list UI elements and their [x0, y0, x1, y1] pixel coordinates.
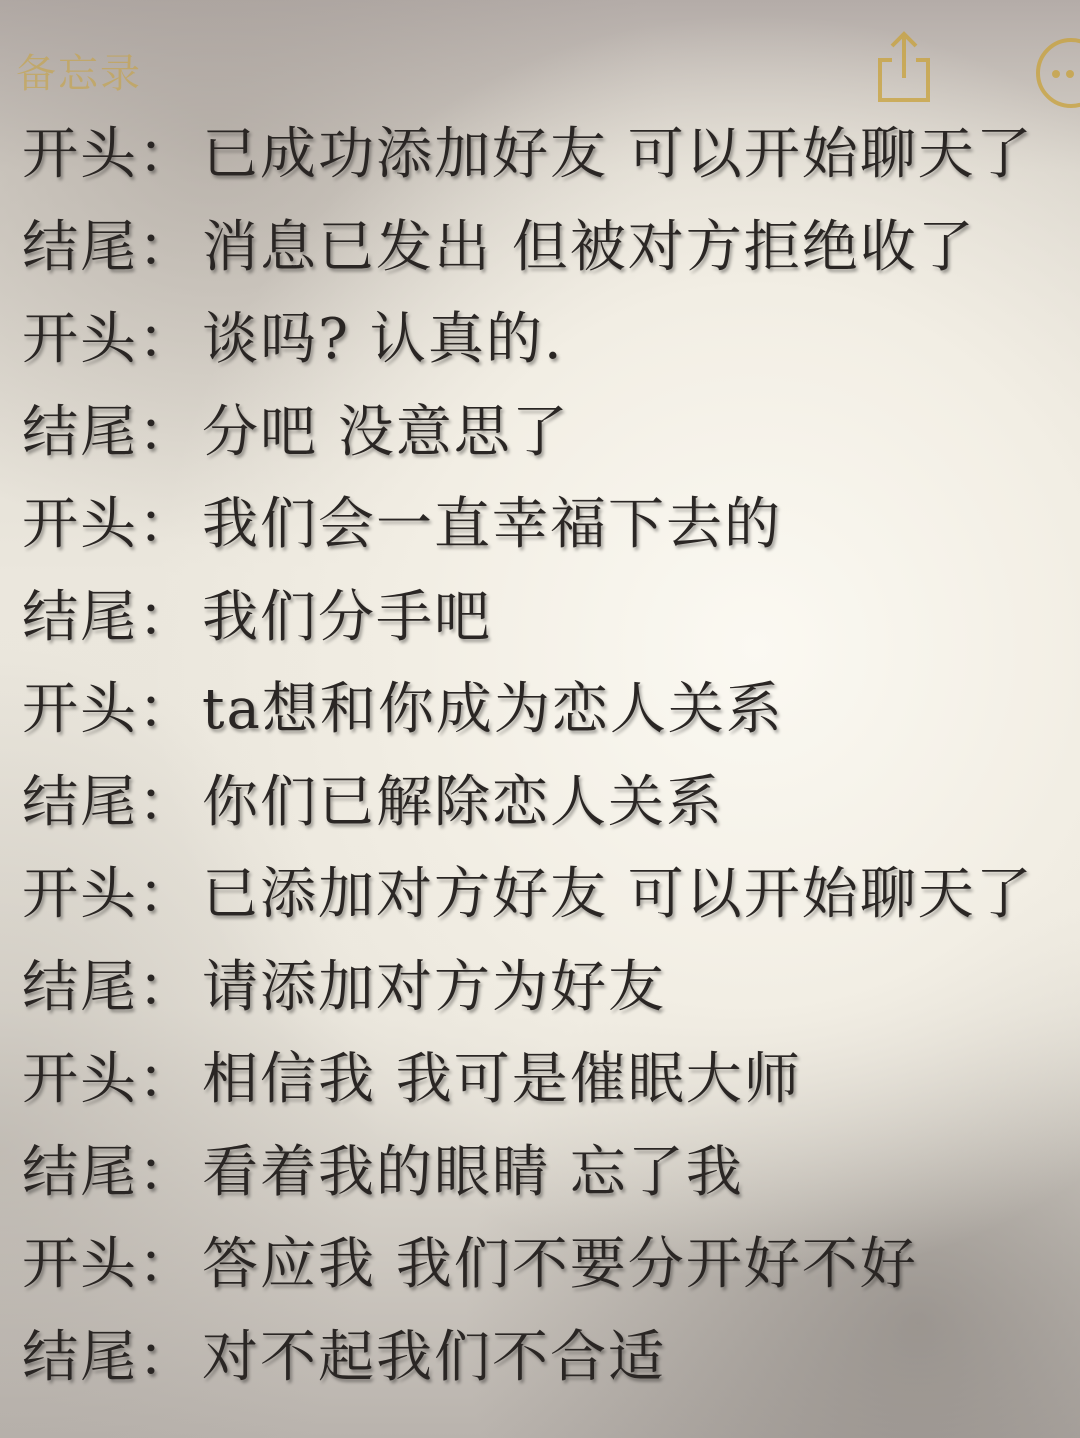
note-line: 开头：ta想和你成为恋人关系: [22, 659, 1080, 752]
share-icon: [872, 30, 936, 104]
line-label: 结尾：: [22, 388, 202, 468]
more-icon-dot: [1066, 70, 1074, 78]
line-text: ta想和你成为恋人关系: [202, 665, 784, 745]
line-label: 结尾：: [22, 203, 202, 283]
line-text: 已成功添加好友 可以开始聊天了: [202, 110, 1034, 190]
more-icon-dot: [1052, 70, 1060, 78]
note-line: 开头：相信我 我可是催眠大师: [22, 1029, 1080, 1122]
line-label: 开头：: [22, 665, 202, 745]
line-label: 开头：: [22, 110, 202, 190]
line-text: 消息已发出 但被对方拒绝收了: [202, 203, 976, 283]
share-button[interactable]: [872, 30, 936, 104]
line-text: 对不起我们不合适: [202, 1313, 666, 1393]
note-line: 开头：已成功添加好友 可以开始聊天了: [22, 104, 1080, 197]
more-button[interactable]: [1036, 38, 1080, 108]
note-line: 结尾：看着我的眼睛 忘了我: [22, 1122, 1080, 1215]
line-text: 谈吗? 认真的.: [202, 295, 564, 375]
note-line: 结尾：我们分手吧: [22, 567, 1080, 660]
line-label: 结尾：: [22, 758, 202, 838]
note-line: 结尾：请添加对方为好友: [22, 937, 1080, 1030]
line-text: 已添加对方好友 可以开始聊天了: [202, 850, 1034, 930]
line-text: 相信我 我可是催眠大师: [202, 1035, 802, 1115]
note-line: 开头：我们会一直幸福下去的: [22, 474, 1080, 567]
line-text: 答应我 我们不要分开好不好: [202, 1220, 918, 1300]
line-text: 你们已解除恋人关系: [202, 758, 724, 838]
line-text: 我们分手吧: [202, 573, 492, 653]
line-text: 分吧 没意思了: [202, 388, 570, 468]
note-line: 开头：谈吗? 认真的.: [22, 289, 1080, 382]
line-label: 开头：: [22, 1220, 202, 1300]
note-body[interactable]: 开头：已成功添加好友 可以开始聊天了 结尾：消息已发出 但被对方拒绝收了 开头：…: [22, 104, 1080, 1399]
navigation-bar: 备忘录: [0, 0, 1080, 110]
line-label: 开头：: [22, 1035, 202, 1115]
line-label: 结尾：: [22, 573, 202, 653]
note-line: 开头：答应我 我们不要分开好不好: [22, 1214, 1080, 1307]
line-label: 结尾：: [22, 1313, 202, 1393]
line-label: 结尾：: [22, 943, 202, 1023]
note-line: 结尾：消息已发出 但被对方拒绝收了: [22, 197, 1080, 290]
line-label: 开头：: [22, 480, 202, 560]
back-button[interactable]: 备忘录: [16, 42, 142, 99]
line-label: 开头：: [22, 295, 202, 375]
line-text: 看着我的眼睛 忘了我: [202, 1128, 744, 1208]
line-text: 请添加对方为好友: [202, 943, 666, 1023]
line-label: 结尾：: [22, 1128, 202, 1208]
note-line: 结尾：你们已解除恋人关系: [22, 752, 1080, 845]
line-label: 开头：: [22, 850, 202, 930]
note-line: 结尾：分吧 没意思了: [22, 382, 1080, 475]
note-line: 开头：已添加对方好友 可以开始聊天了: [22, 844, 1080, 937]
note-line: 结尾：对不起我们不合适: [22, 1307, 1080, 1400]
line-text: 我们会一直幸福下去的: [202, 480, 782, 560]
